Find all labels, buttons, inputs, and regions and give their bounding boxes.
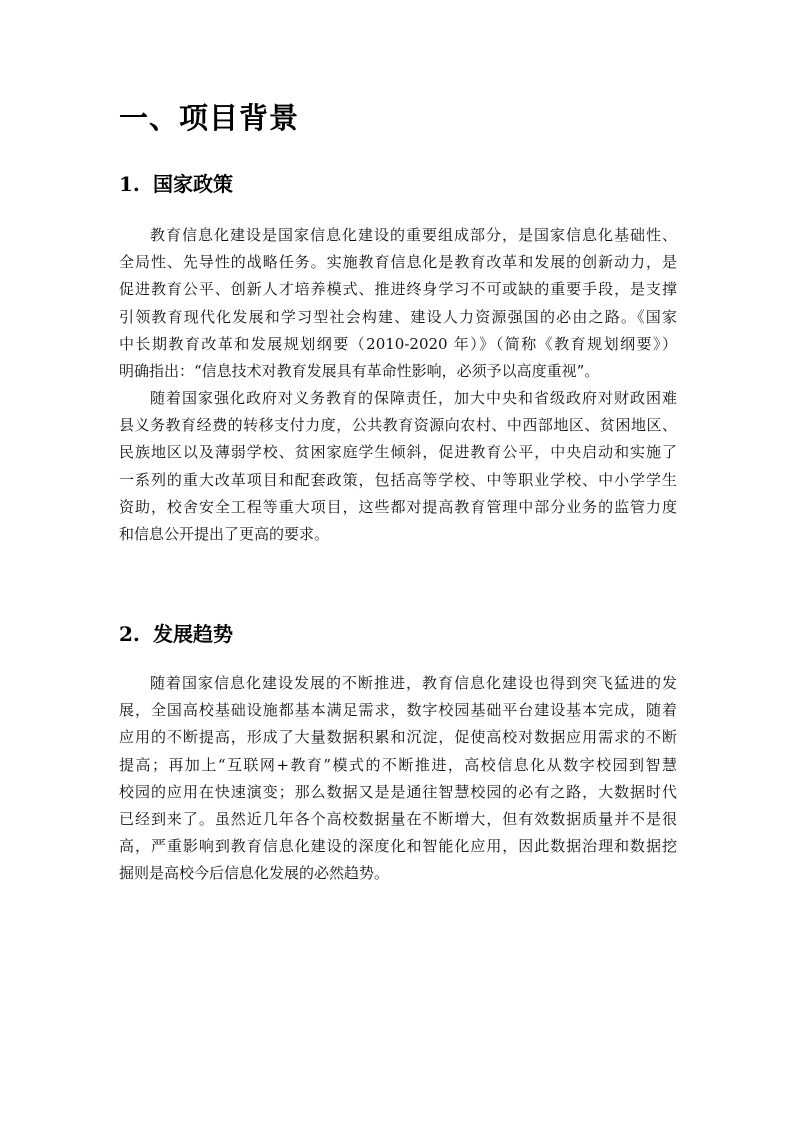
text-line: 展，全国高校基础设施都基本满足需求，数字校园基础平台建设基本完成，随着: [119, 697, 677, 724]
text-line: 校园的应用在快速演变；那么数据又是是通往智慧校园的必有之路，大数据时代: [119, 779, 677, 806]
text-line: 高，严重影响到教育信息化建设的深度化和智能化应用，因此数据治理和数据挖: [119, 833, 677, 860]
text-line: 随着国家强化政府对义务教育的保障责任，加大中央和省级政府对财政困难: [119, 385, 677, 412]
section-heading-trends: 2.发展趋势: [119, 620, 233, 648]
paragraph-policy-2: 随着国家强化政府对义务教育的保障责任，加大中央和省级政府对财政困难 县义务教育经…: [119, 385, 677, 548]
text-line: 一系列的重大改革项目和配套政策，包括高等学校、中等职业学校、中小学学生: [119, 467, 677, 494]
text-line: 已经到来了。虽然近几年各个高校数据量在不断增大，但有效数据质量并不是很: [119, 806, 677, 833]
text-line: 和信息公开提出了更高的要求。: [119, 521, 677, 548]
text-line: 随着国家信息化建设发展的不断推进，教育信息化建设也得到突飞猛进的发: [119, 670, 677, 697]
text-line: 明确指出：“信息技术对教育发展具有革命性影响，必须予以高度重视”。: [119, 358, 677, 385]
text-line: 民族地区以及薄弱学校、贫困家庭学生倾斜，促进教育公平，中央启动和实施了: [119, 439, 677, 466]
text-line: 提高；再加上“互联网+教育”模式的不断推进，高校信息化从数字校园到智慧: [119, 752, 677, 779]
text-line: 引领教育现代化发展和学习型社会构建、建设人力资源强国的必由之路。《国家: [119, 304, 677, 331]
section-number: 2.: [119, 620, 153, 648]
text-line: 全局性、先导性的战略任务。实施教育信息化是教育改革和发展的创新动力，是: [119, 249, 677, 276]
document-page: 一、项目背景 1.国家政策 教育信息化建设是国家信息化建设的重要组成部分，是国家…: [0, 0, 793, 1122]
paragraph-trends-1: 随着国家信息化建设发展的不断推进，教育信息化建设也得到突飞猛进的发 展，全国高校…: [119, 670, 677, 888]
page-title: 一、项目背景: [119, 98, 299, 138]
text-line: 掘则是高校今后信息化发展的必然趋势。: [119, 860, 677, 887]
text-line: 中长期教育改革和发展规划纲要（2010-2020 年）》（简称《教育规划纲要》）: [119, 331, 677, 358]
text-line: 教育信息化建设是国家信息化建设的重要组成部分，是国家信息化基础性、: [119, 222, 677, 249]
text-line: 资助，校舍安全工程等重大项目，这些都对提高教育管理中部分业务的监管力度: [119, 494, 677, 521]
text-line: 应用的不断提高，形成了大量数据积累和沉淀，促使高校对数据应用需求的不断: [119, 724, 677, 751]
paragraph-policy-1: 教育信息化建设是国家信息化建设的重要组成部分，是国家信息化基础性、 全局性、先导…: [119, 222, 677, 385]
section-title: 发展趋势: [153, 622, 233, 646]
section-number: 1.: [119, 170, 153, 198]
section-title: 国家政策: [153, 172, 233, 196]
text-line: 县义务教育经费的转移支付力度，公共教育资源向农村、中西部地区、贫困地区、: [119, 412, 677, 439]
text-line: 促进教育公平、创新人才培养模式、推进终身学习不可或缺的重要手段，是支撑: [119, 276, 677, 303]
section-heading-policy: 1.国家政策: [119, 170, 233, 198]
